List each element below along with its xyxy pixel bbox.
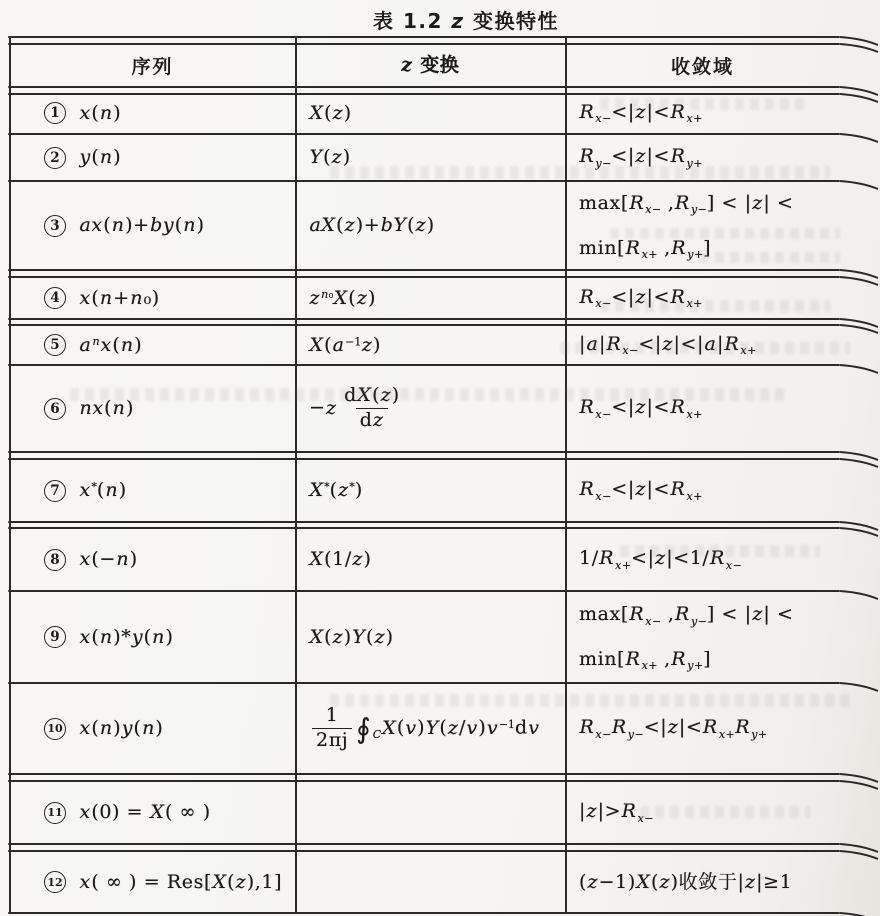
column-header-ztransform: z 变换 bbox=[295, 53, 565, 78]
sequence-formula: x(−n) bbox=[79, 547, 138, 572]
sequence-formula: ax(n)+by(n) bbox=[79, 213, 205, 238]
roc-formula: max[Rx− ,Ry−] < |z| <min[Rx+ ,Ry+] bbox=[579, 592, 794, 681]
roc-formula: Rx−<|z|<Rx+ bbox=[579, 477, 702, 504]
ztransform-cell: 12πj∮CX(v)Y(z/v)v−1dv bbox=[295, 705, 565, 752]
roc-cell: Rx−<|z|<Rx+ bbox=[565, 285, 840, 312]
horizontal-rule bbox=[8, 269, 840, 271]
horizontal-rule bbox=[8, 180, 840, 182]
horizontal-rule bbox=[8, 843, 840, 845]
horizontal-rule bbox=[8, 36, 840, 38]
table-row: 5 anx(n) X(a−1z) |a|Rx−<|z|<|a|Rx+ bbox=[10, 326, 840, 364]
horizontal-rule bbox=[8, 324, 840, 326]
ztransform-cell: X(a−1z) bbox=[295, 333, 565, 358]
table-row: 1 x(n) X(z) Rx−<|z|<Rx+ bbox=[10, 93, 840, 133]
table-row: 6 nx(n) −zdX(z)dz Rx−<|z|<Rx+ bbox=[10, 366, 840, 451]
roc-cell: Rx−<|z|<Rx+ bbox=[565, 477, 840, 504]
horizontal-rule bbox=[8, 318, 840, 320]
row-number-badge: 7 bbox=[44, 480, 66, 502]
horizontal-rule bbox=[8, 364, 840, 366]
table-row: 9 x(n)*y(n) X(z)Y(z) max[Rx− ,Ry−] < |z|… bbox=[10, 592, 840, 682]
table-row: 3 ax(n)+by(n) aX(z)+bY(z) max[Rx− ,Ry−] … bbox=[10, 182, 840, 269]
ztransform-formula: X(a−1z) bbox=[309, 333, 381, 358]
sequence-formula: x(n)*y(n) bbox=[79, 625, 174, 650]
horizontal-rule bbox=[8, 773, 840, 775]
sequence-cell: 10 x(n)y(n) bbox=[10, 716, 295, 741]
horizontal-rule bbox=[8, 780, 840, 782]
row-number-badge: 9 bbox=[44, 626, 66, 648]
table-header-row: 序列 z 变换 收敛域 bbox=[10, 44, 840, 86]
roc-formula: max[Rx− ,Ry−] < |z| <min[Rx+ ,Ry+] bbox=[579, 181, 794, 270]
sequence-formula: x(0) = X( ∞ ) bbox=[79, 800, 211, 825]
sequence-cell: 9 x(n)*y(n) bbox=[10, 625, 295, 650]
ztransform-formula: Y(z) bbox=[309, 145, 351, 170]
table-row: 4 x(n+n₀) zn₀X(z) Rx−<|z|<Rx+ bbox=[10, 278, 840, 318]
roc-formula: Ry−<|z|<Ry+ bbox=[579, 144, 702, 171]
roc-cell: (z−1)X(z)收敛于|z|≥1 bbox=[565, 870, 840, 895]
roc-formula: |a|Rx−<|z|<|a|Rx+ bbox=[579, 332, 756, 359]
ztransform-cell: aX(z)+bY(z) bbox=[295, 213, 565, 238]
sequence-cell: 4 x(n+n₀) bbox=[10, 286, 295, 311]
roc-formula: Rx−<|z|<Rx+ bbox=[579, 100, 702, 127]
ztransform-formula: 12πj∮CX(v)Y(z/v)v−1dv bbox=[309, 705, 540, 752]
roc-formula: Rx−<|z|<Rx+ bbox=[579, 395, 702, 422]
sequence-formula: x( ∞ ) = Res[X(z),1] bbox=[79, 870, 282, 895]
table-row: 7 x*(n) X*(z*) Rx−<|z|<Rx+ bbox=[10, 460, 840, 521]
table-row: 10 x(n)y(n) 12πj∮CX(v)Y(z/v)v−1dv Rx−Ry−… bbox=[10, 684, 840, 773]
row-number-badge: 1 bbox=[44, 102, 66, 124]
horizontal-rule bbox=[8, 133, 840, 135]
roc-cell: max[Rx− ,Ry−] < |z| <min[Rx+ ,Ry+] bbox=[565, 592, 840, 681]
roc-formula: |z|>Rx− bbox=[579, 799, 654, 826]
roc-cell: Ry−<|z|<Ry+ bbox=[565, 144, 840, 171]
row-number-badge: 12 bbox=[44, 871, 66, 893]
sequence-formula: y(n) bbox=[79, 145, 121, 170]
table-row: 8 x(−n) X(1/z) 1/Rx+<|z|<1/Rx− bbox=[10, 529, 840, 590]
sequence-formula: x(n)y(n) bbox=[79, 716, 163, 741]
horizontal-rule bbox=[8, 527, 840, 529]
page-curvature-lines bbox=[840, 0, 880, 916]
row-number-badge: 5 bbox=[44, 334, 66, 356]
sequence-cell: 7 x*(n) bbox=[10, 478, 295, 503]
roc-cell: |z|>Rx− bbox=[565, 799, 840, 826]
scanned-textbook-page: 表 1.2 z 变换特性 序列 z 变换 收敛域 1 x(n) X(z) Rx−… bbox=[0, 0, 880, 916]
ztransform-cell: X(z) bbox=[295, 101, 565, 126]
table-row: 11 x(0) = X( ∞ ) |z|>Rx− bbox=[10, 782, 840, 843]
ztransform-formula: −zdX(z)dz bbox=[309, 385, 407, 432]
horizontal-rule bbox=[8, 521, 840, 523]
row-number-badge: 6 bbox=[44, 398, 66, 420]
sequence-cell: 3 ax(n)+by(n) bbox=[10, 213, 295, 238]
ztransform-formula: X(1/z) bbox=[309, 547, 371, 572]
roc-cell: Rx−Ry−<|z|<Rx+Ry+ bbox=[565, 715, 840, 742]
sequence-cell: 5 anx(n) bbox=[10, 333, 295, 358]
ztransform-cell: X(z)Y(z) bbox=[295, 625, 565, 650]
roc-formula: (z−1)X(z)收敛于|z|≥1 bbox=[579, 870, 792, 895]
ztransform-formula: zn₀X(z) bbox=[309, 286, 376, 311]
row-number-badge: 2 bbox=[44, 147, 66, 169]
roc-cell: Rx−<|z|<Rx+ bbox=[565, 100, 840, 127]
ztransform-cell: zn₀X(z) bbox=[295, 286, 565, 311]
roc-cell: max[Rx− ,Ry−] < |z| <min[Rx+ ,Ry+] bbox=[565, 181, 840, 270]
ztransform-cell: X*(z*) bbox=[295, 478, 565, 503]
sequence-formula: x(n) bbox=[79, 101, 121, 126]
horizontal-rule bbox=[8, 458, 840, 460]
roc-formula: 1/Rx+<|z|<1/Rx− bbox=[579, 546, 742, 573]
horizontal-rule bbox=[8, 43, 840, 45]
ztransform-formula: X(z)Y(z) bbox=[309, 625, 394, 650]
row-number-badge: 8 bbox=[44, 549, 66, 571]
sequence-cell: 12 x( ∞ ) = Res[X(z),1] bbox=[10, 870, 295, 895]
sequence-cell: 8 x(−n) bbox=[10, 547, 295, 572]
horizontal-rule bbox=[8, 93, 840, 95]
sequence-formula: x(n+n₀) bbox=[79, 286, 160, 311]
horizontal-rule bbox=[8, 590, 840, 592]
table-row: 2 y(n) Y(z) Ry−<|z|<Ry+ bbox=[10, 135, 840, 180]
sequence-cell: 6 nx(n) bbox=[10, 396, 295, 421]
ztransform-cell: −zdX(z)dz bbox=[295, 385, 565, 432]
column-header-sequence: 序列 bbox=[10, 52, 295, 79]
row-number-badge: 11 bbox=[44, 802, 66, 824]
horizontal-rule bbox=[8, 912, 840, 914]
row-number-badge: 3 bbox=[44, 215, 66, 237]
horizontal-rule bbox=[8, 850, 840, 852]
roc-cell: 1/Rx+<|z|<1/Rx− bbox=[565, 546, 840, 573]
roc-cell: Rx−<|z|<Rx+ bbox=[565, 395, 840, 422]
row-number-badge: 10 bbox=[44, 718, 66, 740]
sequence-cell: 1 x(n) bbox=[10, 101, 295, 126]
ztransform-formula: X(z) bbox=[309, 101, 352, 126]
column-header-roc: 收敛域 bbox=[565, 52, 840, 79]
row-number-badge: 4 bbox=[44, 287, 66, 309]
ztransform-formula: X*(z*) bbox=[309, 478, 363, 503]
horizontal-rule bbox=[8, 451, 840, 453]
roc-formula: Rx−Ry−<|z|<Rx+Ry+ bbox=[579, 715, 767, 742]
horizontal-rule bbox=[8, 276, 840, 278]
sequence-formula: x*(n) bbox=[79, 478, 127, 503]
sequence-cell: 2 y(n) bbox=[10, 145, 295, 170]
horizontal-rule bbox=[8, 682, 840, 684]
sequence-formula: anx(n) bbox=[79, 333, 142, 358]
ztransform-cell: Y(z) bbox=[295, 145, 565, 170]
sequence-formula: nx(n) bbox=[79, 396, 134, 421]
roc-formula: Rx−<|z|<Rx+ bbox=[579, 285, 702, 312]
ztransform-cell: X(1/z) bbox=[295, 547, 565, 572]
roc-cell: |a|Rx−<|z|<|a|Rx+ bbox=[565, 332, 840, 359]
sequence-cell: 11 x(0) = X( ∞ ) bbox=[10, 800, 295, 825]
horizontal-rule bbox=[8, 86, 840, 88]
ztransform-formula: aX(z)+bY(z) bbox=[309, 213, 435, 238]
table-title: 表 1.2 z 变换特性 bbox=[26, 5, 880, 34]
table-row: 12 x( ∞ ) = Res[X(z),1] (z−1)X(z)收敛于|z|≥… bbox=[10, 852, 840, 912]
